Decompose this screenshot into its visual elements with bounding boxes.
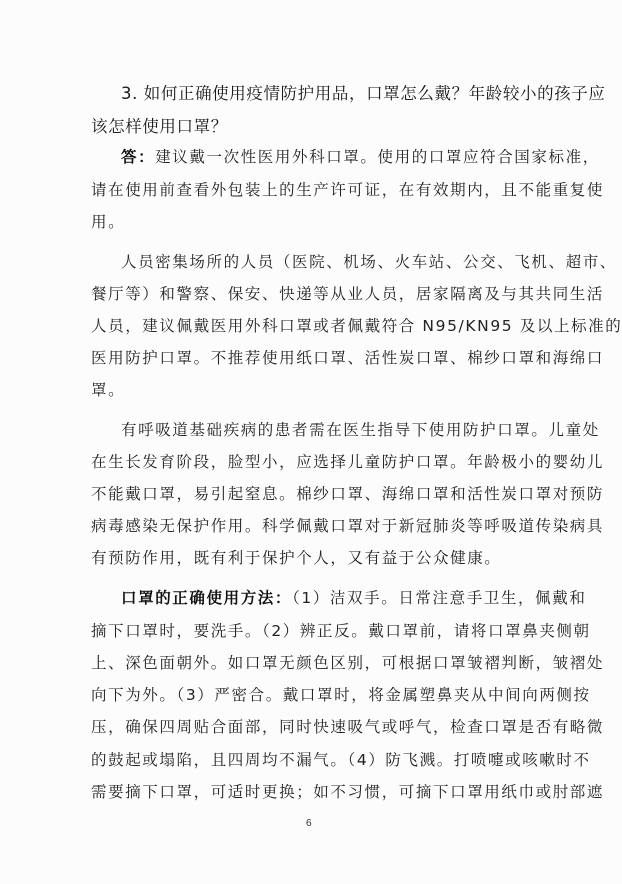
paragraph3-line-5: 有预防作用，既有利于保护个人，又有益于公众健康。 [91,548,531,568]
paragraph2-line-4: 医用防护口罩。不推荐使用纸口罩、活性炭口罩、棉纱口罩和海绵口 [91,348,531,368]
answer-line-3: 用。 [91,212,531,232]
paragraph3-line-4: 病毒感染无保护作用。科学佩戴口罩对于新冠肺炎等呼吸道传染病具 [91,516,531,536]
paragraph3-line-3: 不能戴口罩，易引起窒息。棉纱口罩、海绵口罩和活性炭口罩对预防 [91,484,531,504]
paragraph4-line-5: 压，确保四周贴合面部，同时快速吸气或呼气，检查口罩是否有略微 [91,717,531,737]
answer-line-2: 请在使用前查看外包装上的生产许可证，在有效期内，且不能重复使 [91,180,531,200]
paragraph4-line-3: 上、深色面朝外。如口罩无颜色区别，可根据口罩皱褶判断，皱褶处 [91,653,531,673]
page-number: 6 [306,818,312,829]
document-page: 3. 如何正确使用疫情防护用品，口罩怎么戴？年龄较小的孩子应 该怎样使用口罩？ … [0,0,622,884]
paragraph3-line-1: 有呼吸道基础疾病的患者需在医生指导下使用防护口罩。儿童处 [121,420,561,440]
paragraph2-line-5: 罩。 [91,380,531,400]
paragraph4-line-7: 需要摘下口罩，可适时更换；如不习惯，可摘下口罩用纸巾或肘部遮 [91,782,531,802]
paragraph2-line-1: 人员密集场所的人员（医院、机场、火车站、公交、飞机、超市、 [121,252,561,272]
question-title-line-2: 该怎样使用口罩？ [91,117,531,137]
paragraph2-line-3: 人员，建议佩戴医用外科口罩或者佩戴符合 N95/KN95 及以上标准的 [91,316,531,336]
paragraph3-line-2: 在生长发育阶段，脸型小，应选择儿童防护口罩。年龄极小的婴幼儿 [91,452,531,472]
answer-text: 建议戴一次性医用外科口罩。使用的口罩应符合国家标准， [155,148,600,166]
question-title-line-1: 3. 如何正确使用疫情防护用品，口罩怎么戴？年龄较小的孩子应 [121,84,561,104]
paragraph4-line-4: 向下为外。（3）严密合。戴口罩时，将金属塑鼻夹从中间向两侧按 [91,685,531,705]
paragraph2-line-2: 餐厅等）和警察、保安、快递等从业人员，居家隔离及与其共同生活 [91,284,531,304]
paragraph4-line-6: 的鼓起或塌陷，且四周均不漏气。（4）防飞溅。打喷嚏或咳嗽时不 [91,750,531,770]
paragraph4-line-2: 摘下口罩时，要洗手。（2）辨正反。戴口罩前，请将口罩鼻夹侧朝 [91,621,531,641]
answer-label: 答： [121,148,155,166]
method-text: （1）洁双手。日常注意手卫生，佩戴和 [292,589,586,607]
answer-line-1: 答：建议戴一次性医用外科口罩。使用的口罩应符合国家标准， [121,147,561,167]
paragraph4-line-1: 口罩的正确使用方法：（1）洁双手。日常注意手卫生，佩戴和 [121,588,561,608]
method-label: 口罩的正确使用方法： [121,589,292,607]
